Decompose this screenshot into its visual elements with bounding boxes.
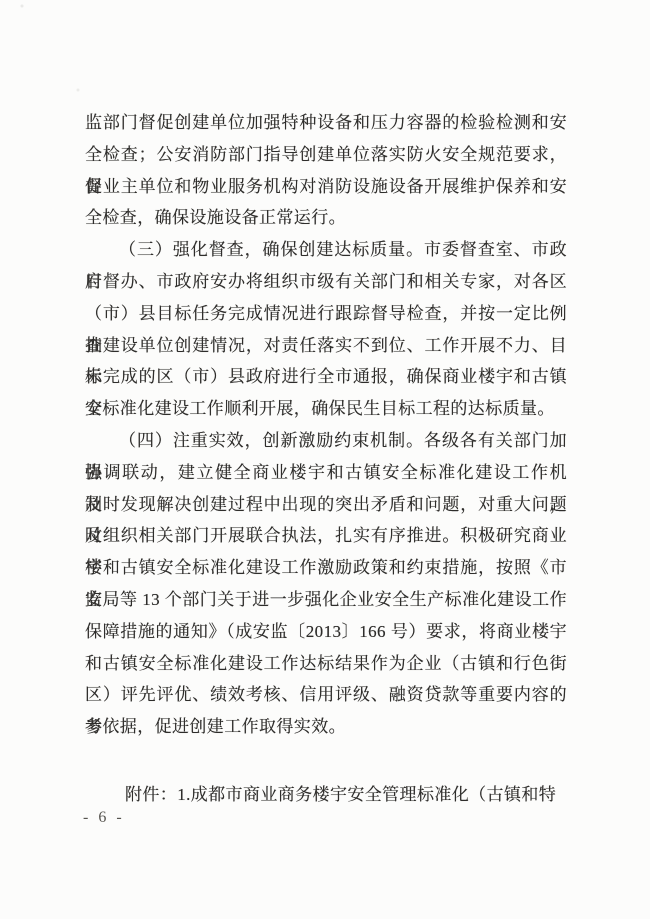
attachment-line: 附件：1.成都市商业商务楼宇安全管理标准化（古镇和特 [85,779,575,811]
body-line: 全检查；公安消防部门指导创建单位落实防火安全规范要求，督 [85,139,567,171]
body-line: 区）评先评优、绩效考核、信用评级、融资贷款等重要内容的参 [85,679,567,711]
body-line: 时组织相关部门开展联合执法，扎实有序推进。积极研究商业楼 [85,520,567,552]
body-line: 目督办、市政府安办将组织市级有关部门和相关专家，对各区 [85,266,567,298]
body-line: （市）县目标任务完成情况进行跟踪督导检查，并按一定比例抽 [85,298,567,330]
body-line: 监局等 13 个部门关于进一步强化企业安全生产标准化建设工作 [85,584,567,616]
body-line: 监部门督促创建单位加强特种设备和压力容器的检验检测和安 [85,107,567,139]
body-line: （三）强化督查，确保创建达标质量。市委督查室、市政府 [85,234,567,266]
body-line: 宇和古镇安全标准化建设工作激励政策和约束措施，按照《市安 [85,552,567,584]
body-line: （四）注重实效，创新激励约束机制。各级各有关部门加强 [85,425,567,457]
page-number: - 6 - [83,804,125,832]
body-line: 及时发现解决创建过程中出现的突出矛盾和问题，对重大问题及 [85,489,567,521]
body-line: 查建设单位创建情况，对责任落实不到位、工作开展不力、目标 [85,330,567,362]
body-line: 全标准化建设工作顺利开展，确保民生目标工程的达标质量。 [85,393,567,425]
body-line: 和古镇安全标准化建设工作达标结果作为企业（古镇和行色街 [85,648,567,680]
body-line: 保障措施的通知》（成安监〔2013〕166 号）要求，将商业楼宇 [85,616,567,648]
body-line: 未完成的区（市）县政府进行全市通报，确保商业楼宇和古镇安 [85,361,567,393]
body-line: 考依据，促进创建工作取得实效。 [85,711,567,743]
body-line: 全检查，确保设施设备正常运行。 [85,202,567,234]
body-line: 促业主单位和物业服务机构对消防设施设备开展维护保养和安 [85,171,567,203]
document-body: 监部门督促创建单位加强特种设备和压力容器的检验检测和安 全检查；公安消防部门指导… [85,107,567,743]
body-line: 协调联动，建立健全商业楼宇和古镇安全标准化建设工作机制， [85,457,567,489]
